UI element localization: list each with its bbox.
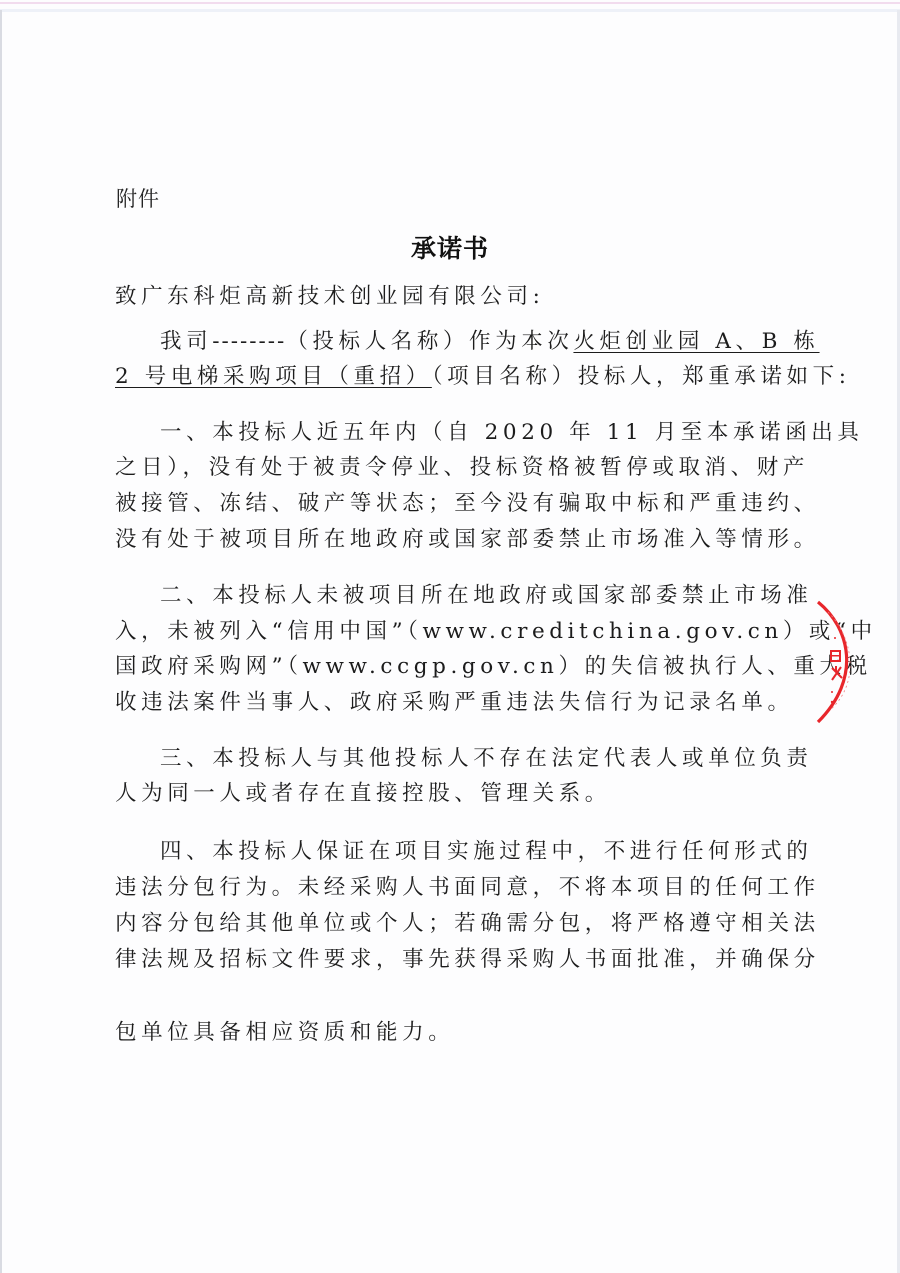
clause-4-line-5: 包单位具备相应资质和能力。 bbox=[115, 1018, 785, 1048]
company-seal-stamp bbox=[810, 598, 870, 726]
project-name-part-2: 2 号电梯采购项目（重招） bbox=[115, 364, 432, 389]
intro-line-1: 我司--------（投标人名称）作为本次火炬创业园 A、B 栋 bbox=[160, 327, 785, 357]
clause-1-line-1: 一、本投标人近五年内（自 2020 年 11 月至本承诺函出具 bbox=[160, 418, 785, 448]
project-name-part-1: 火炬创业园 A、B 栋 bbox=[573, 329, 819, 354]
clause-3-line-1: 三、本投标人与其他投标人不存在法定代表人或单位负责 bbox=[160, 744, 785, 774]
clause-4-line-1: 四、本投标人保证在项目实施过程中，不进行任何形式的 bbox=[160, 837, 785, 867]
clause-1-line-2: 之日），没有处于被责令停业、投标资格被暂停或取消、财产 bbox=[115, 453, 785, 483]
intro-line-2: 2 号电梯采购项目（重招）（项目名称）投标人，郑重承诺如下: bbox=[115, 362, 785, 392]
clause-2-line-1: 二、本投标人未被项目所在地政府或国家部委禁止市场准 bbox=[160, 581, 785, 611]
bidder-name-hint: （投标人名称） bbox=[286, 329, 469, 354]
bidder-name-blank: -------- bbox=[212, 329, 286, 354]
attachment-label: 附件 bbox=[116, 183, 160, 213]
clause-4-line-2: 违法分包行为。未经采购人书面同意，不将本项目的任何工作 bbox=[115, 873, 785, 903]
clause-3-line-2: 人为同一人或者存在直接控股、管理关系。 bbox=[115, 779, 785, 809]
clause-4-line-3: 内容分包给其他单位或个人；若确需分包，将严格遵守相关法 bbox=[115, 909, 785, 939]
project-name-hint: （项目名称） bbox=[432, 364, 578, 389]
clause-4-line-4: 律法规及招标文件要求，事先获得采购人书面批准，并确保分 bbox=[115, 945, 785, 975]
clause-2-line-3: 国政府采购网”（www.ccgp.gov.cn）的失信被执行人、重大税 bbox=[115, 652, 785, 682]
document-title: 承诺书 bbox=[0, 229, 900, 265]
intro-prefix: 我司 bbox=[160, 329, 212, 354]
page-left-edge bbox=[0, 10, 2, 1273]
clause-2-line-4: 收违法案件当事人、政府采购严重违法失信行为记录名单。 bbox=[115, 688, 785, 718]
clause-1-line-3: 被接管、冻结、破产等状态；至今没有骗取中标和严重违约、 bbox=[115, 489, 785, 519]
salutation: 致广东科炬高新技术创业园有限公司: bbox=[115, 282, 785, 312]
intro-middle: 作为本次 bbox=[469, 329, 573, 354]
page-top-shadow bbox=[0, 9, 900, 12]
clause-2-line-2: 入，未被列入“信用中国”（www.creditchina.gov.cn）或“中 bbox=[115, 617, 785, 647]
intro-suffix: 投标人，郑重承诺如下: bbox=[578, 364, 851, 389]
page-top-edge bbox=[0, 2, 900, 4]
clause-1-line-4: 没有处于被项目所在地政府或国家部委禁止市场准入等情形。 bbox=[115, 525, 785, 555]
